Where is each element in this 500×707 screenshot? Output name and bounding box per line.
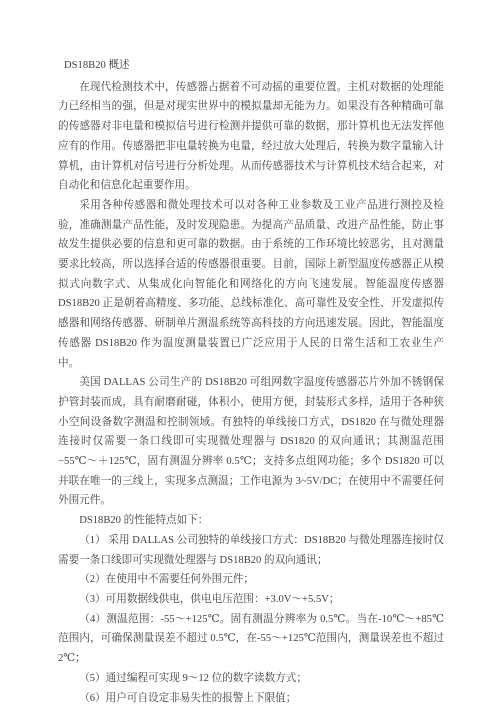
feature-item-6: （6）用户可自设定非易失性的报警上下限值；	[58, 689, 444, 707]
paragraph-sensor-importance: 在现代检测技术中，传感器占据着不可动摇的重要位置。主机对数据的处理能力已经相当的…	[58, 78, 444, 196]
feature-item-5: （5）通过编程可实现 9～12 位的数字读数方式；	[58, 669, 444, 689]
paragraph-features-intro: DS18B20 的性能特点如下：	[58, 511, 444, 531]
document-page: DS18B20 概述 在现代检测技术中，传感器占据着不可动摇的重要位置。主机对数…	[0, 0, 500, 707]
feature-item-1: （1） 采用 DALLAS 公司独特的单线接口方式：DS18B20 与微处理器连…	[58, 531, 444, 570]
feature-item-3: （3）可用数据线供电，供电电压范围：+3.0V～+5.5V；	[58, 590, 444, 610]
paragraph-sensor-applications: 采用各种传感器和微处理技术可以对各种工业参数及工业产品进行测控及检验，准确测量产…	[58, 196, 444, 373]
feature-item-4: （4）测温范围：-55～+125℃。固有测温分辨率为 0.5℃。当在-10℃～+…	[58, 610, 444, 669]
document-heading: DS18B20 概述	[58, 56, 444, 76]
document-content: DS18B20 概述 在现代检测技术中，传感器占据着不可动摇的重要位置。主机对数…	[58, 56, 444, 707]
feature-item-2: （2）在使用中不需要任何外围元件；	[58, 570, 444, 590]
paragraph-ds18b20-description: 美国 DALLAS 公司生产的 DS18B20 可组网数字温度传感器芯片外加不锈…	[58, 373, 444, 511]
